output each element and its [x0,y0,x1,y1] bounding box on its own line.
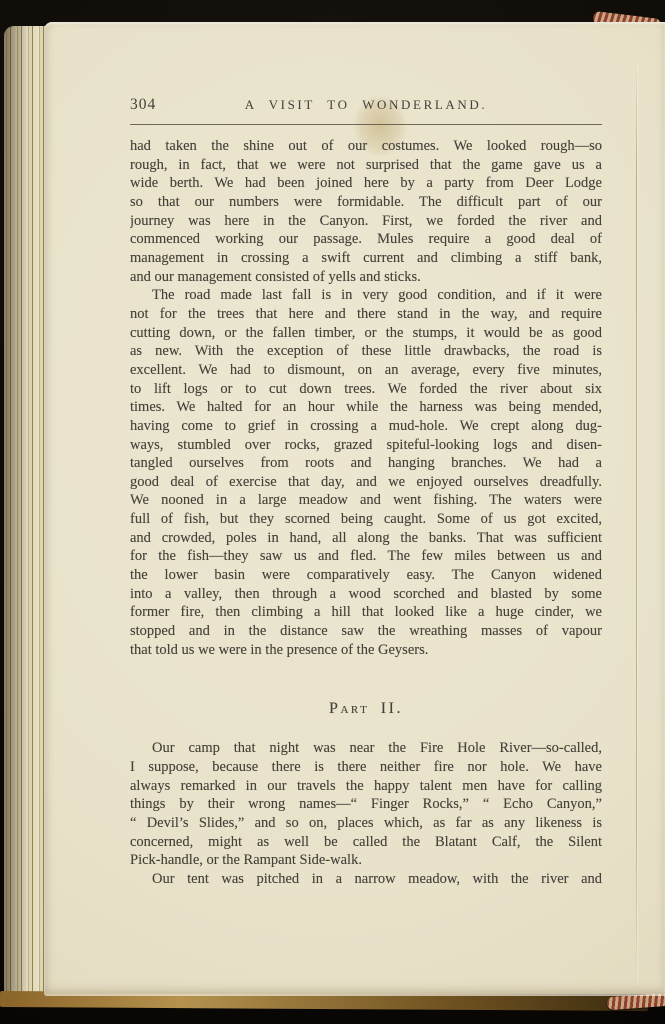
text-line: into a valley, then through a wood scorc… [130,585,602,604]
text-line: the lower basin were comparatively easy.… [130,566,602,585]
text-line: ways, stumbled over rocks, grazed spitef… [130,436,602,455]
text-line: rough, in fact, that we were not surpris… [130,156,602,175]
text-line: The road made last fall is in very good … [130,286,602,305]
text-line: concerned, might as well be called the B… [130,833,602,852]
text-line: that told us we were in the presence of … [130,641,602,660]
paragraph: Our tent was pitched in a narrow meadow,… [130,870,602,889]
text-line: and crowded, poles in hand, all along th… [130,529,602,548]
text-line: I suppose, because there is there neithe… [130,758,602,777]
text-line: management in crossing a swift current a… [130,249,602,268]
paragraph: had taken the shine out of our costumes.… [130,137,602,286]
text-line: Pick-handle, or the Rampant Side-walk. [130,851,602,870]
text-line: former fire, then climbing a hill that l… [130,603,602,622]
text-line: Our tent was pitched in a narrow meadow,… [130,870,602,889]
text-line: always remarked in our travels the happy… [130,777,602,796]
text-line: We nooned in a large meadow and went fis… [130,491,602,510]
text-line: times. We halted for an hour while the h… [130,398,602,417]
text-line: “ Devil’s Slides,” and so on, places whi… [130,814,602,833]
text-line: stopped and in the distance saw the wrea… [130,622,602,641]
text-line: things by their wrong names—“ Finger Roc… [130,795,602,814]
scanned-book-photo: 304 A VISIT TO WONDERLAND. had taken the… [0,0,665,1024]
text-line: had taken the shine out of our costumes.… [130,137,602,156]
book-page: 304 A VISIT TO WONDERLAND. had taken the… [44,22,665,994]
text-line: Our camp that night was near the Fire Ho… [130,739,602,758]
text-column: 304 A VISIT TO WONDERLAND. had taken the… [130,95,602,889]
page-text: had taken the shine out of our costumes.… [130,137,602,889]
text-line: wide berth. We had been joined here by a… [130,174,602,193]
text-line: tangled ourselves from roots and hanging… [130,454,602,473]
text-line: excellent. We had to dismount, on an ave… [130,361,602,380]
text-line: full of fish, but they scorned being cau… [130,510,602,529]
text-line: good deal of exercise that day, and we e… [130,473,602,492]
paragraph: Our camp that night was near the Fire Ho… [130,739,602,870]
header-rule [130,124,602,125]
text-line: and our management consisted of yells an… [130,268,602,287]
page-number: 304 [130,95,156,115]
page-crease [636,64,637,986]
text-line: as new. With the exception of these litt… [130,342,602,361]
text-line: having come to grief in crossing a mud-h… [130,417,602,436]
paragraph: The road made last fall is in very good … [130,286,602,659]
text-line: cutting down, or the fallen timber, or t… [130,324,602,343]
page-header: 304 A VISIT TO WONDERLAND. [130,95,602,115]
text-line: journey was here in the Canyon. First, w… [130,212,602,231]
text-line: for the fish—they saw us and fled. The f… [130,547,602,566]
text-line: not for the trees that here and there st… [130,305,602,324]
text-line: so that our numbers were formidable. The… [130,193,602,212]
section-heading: Part II. [130,699,602,719]
running-header: A VISIT TO WONDERLAND. [130,95,602,115]
text-line: to lift logs or to cut down trees. We fo… [130,380,602,399]
book-cover-edge [0,991,648,1011]
text-line: commenced working our passage. Mules req… [130,230,602,249]
